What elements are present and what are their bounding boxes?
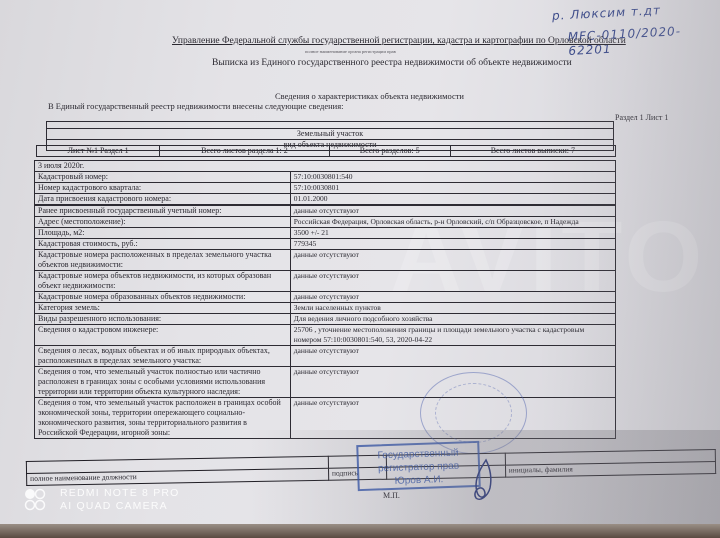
field-label: Адрес (местоположение):	[35, 217, 291, 228]
field-value: Российская Федерация, Орловская область,…	[290, 217, 615, 228]
object-type: Земельный участок	[47, 129, 614, 140]
field-label: Кадастровый номер:	[35, 172, 291, 183]
table-row: Виды разрешенного использования:Для веде…	[35, 314, 616, 325]
table-row: Сведения о том, что земельный участок ра…	[35, 398, 616, 439]
field-label: Кадастровые номера расположенных в преде…	[35, 250, 291, 271]
section-count: Всего разделов: 5	[329, 146, 450, 157]
field-value: 779345	[290, 239, 615, 250]
field-value: данные отсутствуют	[290, 271, 615, 292]
field-value: 3500 +/- 21	[290, 228, 615, 239]
stamp-line-3: Юров А.И.	[359, 472, 478, 489]
field-value: данные отсутствуют	[290, 346, 615, 367]
field-label: Кадастровая стоимость, руб.:	[35, 239, 291, 250]
document-title: Выписка из Единого государственного реес…	[212, 58, 572, 68]
camera-logo-icon	[24, 488, 46, 512]
field-label: Ранее присвоенный государственный учетны…	[35, 205, 291, 217]
field-label: Виды разрешенного использования:	[35, 314, 291, 325]
table-row: Адрес (местоположение):Российская Федера…	[35, 217, 616, 228]
sheet-number: Лист №1 Раздел 1	[37, 146, 160, 157]
field-label: Сведения о кадастровом инженере:	[35, 325, 291, 346]
signature-scribble	[468, 458, 494, 502]
field-value: данные отсутствуют	[290, 292, 615, 303]
extract-date: 3 июля 2020г.	[35, 161, 616, 172]
sheet-info-table: Лист №1 Раздел 1 Всего листов раздела 1:…	[36, 145, 616, 157]
table-row: Сведения о лесах, водных объектах и об и…	[35, 346, 616, 367]
characteristics-table: Кадастровый номер:57:10:0030801:540 Номе…	[34, 171, 616, 439]
table-row: Кадастровые номера расположенных в преде…	[35, 250, 616, 271]
document-photo: AVITO р. Люксим т.дт МFC-0110/2020-62201…	[0, 0, 720, 538]
seal-caption: М.П.	[383, 491, 400, 500]
field-label: Дата присвоения кадастрового номера:	[35, 194, 291, 206]
section-sheet-count: Всего листов раздела 1: 2	[160, 146, 329, 157]
table-surface	[0, 524, 720, 538]
table-row: Площадь, м2:3500 +/- 21	[35, 228, 616, 239]
table-row: Кадастровые номера образованных объектов…	[35, 292, 616, 303]
watermark-line-2: AI QUAD CAMERA	[60, 500, 180, 513]
field-value: данные отсутствуют	[290, 250, 615, 271]
total-sheet-count: Всего листов выписки: 7	[450, 146, 615, 157]
field-label: Кадастровые номера образованных объектов…	[35, 292, 291, 303]
table-row: Дата присвоения кадастрового номера:01.0…	[35, 194, 616, 206]
field-label: Площадь, м2:	[35, 228, 291, 239]
field-label: Сведения о том, что земельный участок по…	[35, 367, 291, 398]
handwritten-note-line-1: р. Люксим т.дт	[552, 3, 662, 23]
section-title: Сведения о характеристиках объекта недви…	[275, 91, 464, 101]
table-row: Номер кадастрового квартала:57:10:003080…	[35, 183, 616, 194]
field-value: 57:10:0030801	[290, 183, 615, 194]
intro-text: В Единый государственный реестр недвижим…	[48, 101, 344, 111]
field-value: 25706 , уточнение местоположения границы…	[290, 325, 615, 346]
camera-watermark: REDMI NOTE 8 PRO AI QUAD CAMERA	[60, 487, 180, 513]
table-row: Ранее присвоенный государственный учетны…	[35, 205, 616, 217]
field-label: Кадастровые номера объектов недвижимости…	[35, 271, 291, 292]
field-label: Номер кадастрового квартала:	[35, 183, 291, 194]
table-row: Сведения о том, что земельный участок по…	[35, 367, 616, 398]
field-value: Земли населенных пунктов	[290, 303, 615, 314]
table-row: Категория земель:Земли населенных пункто…	[35, 303, 616, 314]
table-row: Кадастровая стоимость, руб.:779345	[35, 239, 616, 250]
table-row: Кадастровые номера объектов недвижимости…	[35, 271, 616, 292]
field-value: данные отсутствуют	[290, 205, 615, 217]
field-value: 57:10:0030801:540	[290, 172, 615, 183]
name-caption: инициалы, фамилия	[505, 461, 716, 477]
field-value: 01.01.2000	[290, 194, 615, 206]
registrar-stamp: Государственный регистратор прав Юров А.…	[356, 441, 481, 491]
issuing-authority: Управление Федеральной службы государств…	[172, 36, 626, 46]
field-value: Для ведения личного подсобного хозяйства	[290, 314, 615, 325]
field-label: Категория земель:	[35, 303, 291, 314]
field-label: Сведения о лесах, водных объектах и об и…	[35, 346, 291, 367]
watermark-line-1: REDMI NOTE 8 PRO	[60, 487, 180, 500]
table-row: Кадастровый номер:57:10:0030801:540	[35, 172, 616, 183]
authority-caption: полное наименование органа регистрации п…	[305, 49, 396, 54]
field-label: Сведения о том, что земельный участок ра…	[35, 398, 291, 439]
table-row: Сведения о кадастровом инженере:25706 , …	[35, 325, 616, 346]
sheet-reference: Раздел 1 Лист 1	[615, 113, 668, 122]
date-table: 3 июля 2020г.	[34, 160, 616, 171]
